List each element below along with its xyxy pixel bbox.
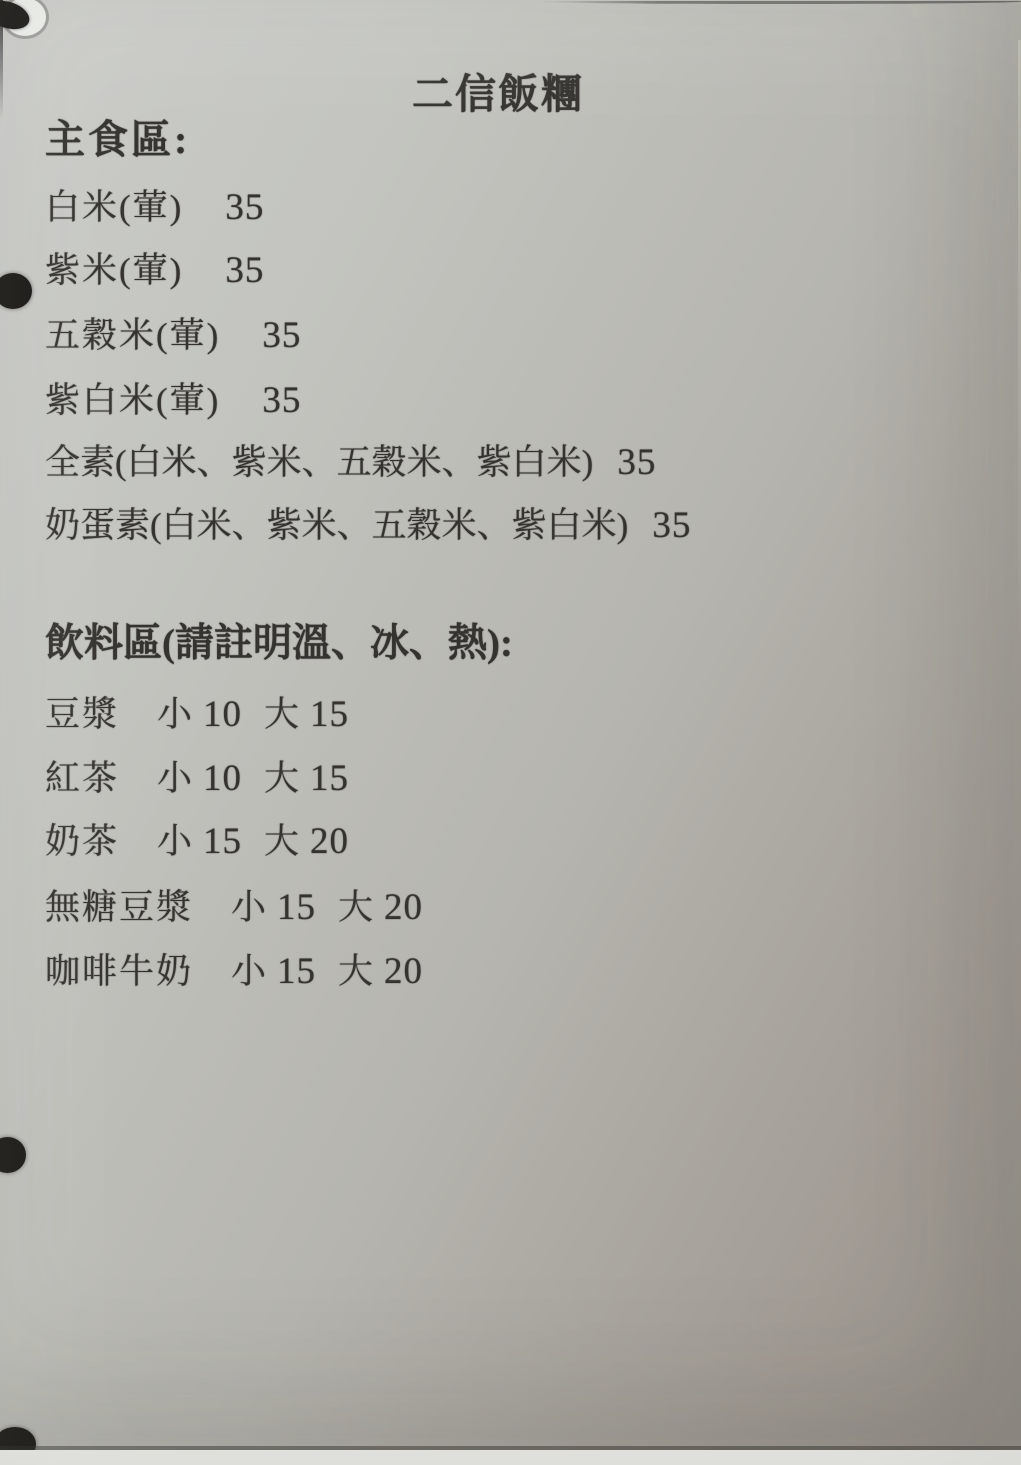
- paper-top-edge-shadow: [540, 1, 1021, 4]
- item-price-large: 20: [310, 821, 349, 862]
- page-title: 二信飯糰: [412, 74, 584, 115]
- menu-item-row: 豆漿小10大15: [45, 696, 349, 733]
- menu-item-row: 奶茶小15大20: [45, 823, 349, 860]
- item-price-small: 15: [277, 951, 316, 992]
- size-label-large: 大: [338, 952, 375, 991]
- item-price-small: 10: [203, 758, 242, 799]
- item-price: 35: [262, 380, 301, 421]
- item-price-large: 20: [384, 951, 423, 992]
- item-name: 紫米(葷): [45, 251, 183, 290]
- item-price-large: 15: [310, 694, 349, 735]
- menu-item-row: 奶蛋素(白米、紫米、五穀米、紫白米)35: [45, 507, 691, 544]
- size-label-small: 小: [231, 952, 268, 991]
- item-name: 豆漿: [45, 695, 119, 734]
- item-name: 咖啡牛奶: [45, 952, 193, 991]
- menu-item-row: 紫白米(葷)35: [45, 382, 301, 419]
- menu-item-row: 白米(葷)35: [45, 189, 264, 226]
- menu-item-row: 咖啡牛奶小15大20: [45, 953, 423, 990]
- main-section-heading: 主食區:: [45, 120, 190, 160]
- item-name: 白米(葷): [45, 188, 183, 227]
- item-name: 無糖豆漿: [45, 888, 193, 927]
- item-name: 五穀米(葷): [45, 316, 220, 355]
- menu-item-row: 紫米(葷)35: [45, 252, 264, 289]
- item-price: 35: [652, 505, 691, 546]
- item-price-small: 15: [203, 821, 242, 862]
- size-label-large: 大: [264, 822, 301, 861]
- background-strip-bottom: [0, 1450, 1021, 1465]
- size-label-large: 大: [264, 695, 301, 734]
- menu-item-row: 無糖豆漿小15大20: [45, 889, 423, 926]
- item-price-small: 15: [277, 887, 316, 928]
- size-label-small: 小: [157, 759, 194, 798]
- item-price-large: 15: [310, 758, 349, 799]
- item-price-small: 10: [203, 694, 242, 735]
- item-name: 奶茶: [45, 822, 119, 861]
- size-label-large: 大: [338, 888, 375, 927]
- item-name: 紫白米(葷): [45, 381, 220, 420]
- menu-page: 二信飯糰 主食區: 白米(葷)35 紫米(葷)35 五穀米(葷)35 紫白米(葷…: [0, 0, 1021, 1465]
- binder-hole-lower: [0, 1137, 26, 1173]
- size-label-small: 小: [157, 822, 194, 861]
- size-label-small: 小: [231, 888, 268, 927]
- drinks-section-heading: 飲料區(請註明溫、冰、熱):: [45, 624, 513, 663]
- item-price-large: 20: [384, 887, 423, 928]
- size-label-small: 小: [157, 695, 194, 734]
- menu-item-row: 五穀米(葷)35: [45, 317, 301, 354]
- item-name: 奶蛋素(白米、紫米、五穀米、紫白米): [45, 506, 628, 545]
- item-price: 35: [225, 187, 264, 228]
- item-name: 紅茶: [45, 759, 119, 798]
- item-price: 35: [262, 315, 301, 356]
- menu-item-row: 全素(白米、紫米、五穀米、紫白米)35: [45, 444, 656, 481]
- item-price: 35: [225, 250, 264, 291]
- menu-item-row: 紅茶小10大15: [45, 760, 349, 797]
- binder-hole-upper: [0, 273, 32, 309]
- item-name: 全素(白米、紫米、五穀米、紫白米): [45, 443, 593, 482]
- item-price: 35: [617, 442, 656, 483]
- size-label-large: 大: [264, 759, 301, 798]
